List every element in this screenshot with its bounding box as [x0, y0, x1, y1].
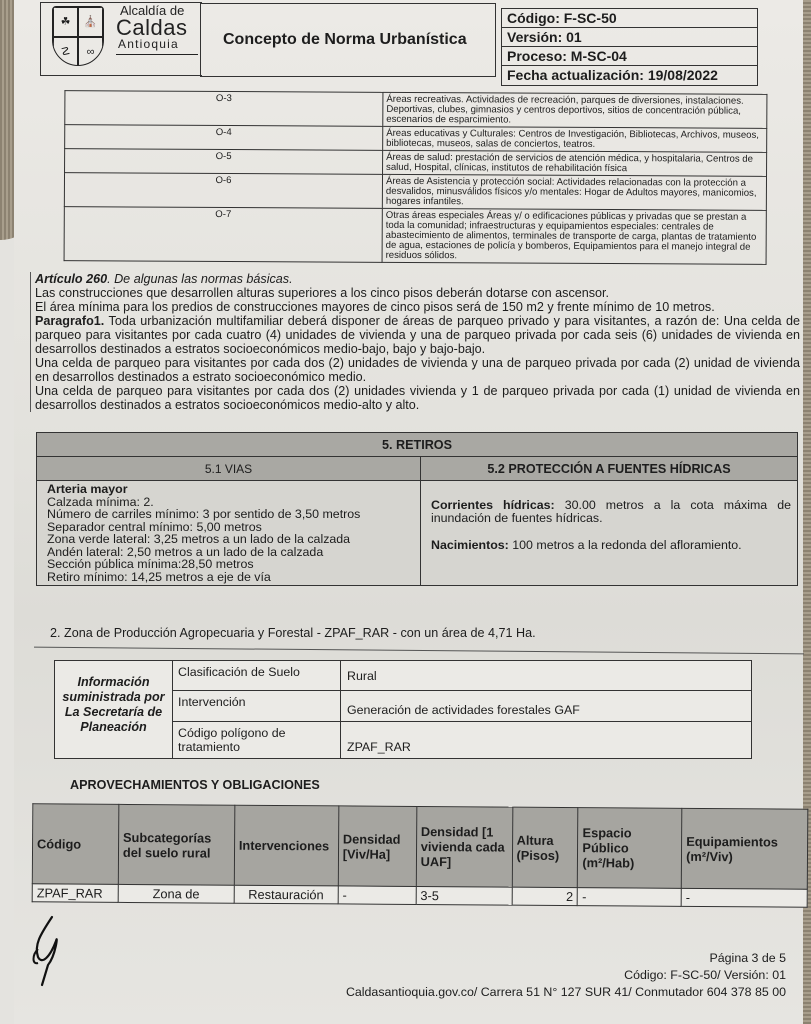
- nacimientos-text: Nacimientos: 100 metros a la redonda del…: [431, 539, 791, 552]
- shield-quadrant-icon: ☘: [53, 7, 78, 37]
- document-title: Concepto de Norma Urbanística: [223, 31, 467, 49]
- table-cell: -: [578, 888, 682, 907]
- use-description: Áreas recreativas. Actividades de recrea…: [383, 92, 767, 128]
- nacimientos-label: Nacimientos:: [431, 538, 509, 552]
- document-meta-box: Código: F-SC-50 Versión: 01 Proceso: M-S…: [501, 8, 758, 86]
- corrientes-text: Corrientes hídricas: 30.00 metros a la c…: [431, 499, 791, 525]
- zone-title: 2. Zona de Producción Agropecuaria y For…: [50, 626, 536, 640]
- table-cell: 2: [512, 887, 578, 905]
- uses-table: O-3 Áreas recreativas. Actividades de re…: [64, 90, 768, 265]
- retiros-title: 5. RETIROS: [37, 433, 798, 457]
- article-subtitle: . De algunas las normas básicas.: [107, 272, 293, 286]
- paragraph-label: Paragrafo1.: [35, 314, 104, 328]
- article-paragraph: Una celda de parqueo para visitantes por…: [35, 384, 800, 412]
- meta-process: Proceso: M-SC-04: [502, 47, 757, 66]
- column-header: Intervenciones: [234, 805, 339, 886]
- info-value: Generación de actividades forestales GAF: [341, 691, 752, 722]
- aprovechamientos-title: APROVECHAMIENTOS Y OBLIGACIONES: [70, 778, 320, 792]
- vias-cell: Arteria mayor Calzada mínima: 2.Número d…: [37, 481, 421, 586]
- table-row: O-3 Áreas recreativas. Actividades de re…: [65, 91, 767, 129]
- water-protection-cell: Corrientes hídricas: 30.00 metros a la c…: [421, 481, 798, 586]
- vias-line: Zona verde lateral: 3,25 metros a un lad…: [47, 533, 410, 546]
- article-260: Artículo 260. De algunas las normas bási…: [30, 272, 800, 412]
- corrientes-label: Corrientes hídricas:: [431, 498, 555, 512]
- signature-icon: [20, 905, 90, 995]
- article-paragraph: Paragrafo1. Toda urbanización multifamil…: [35, 314, 800, 356]
- use-description: Otras áreas especiales Áreas y/ o edific…: [382, 208, 766, 264]
- table-row: O-5 Áreas de salud: prestación de servic…: [65, 149, 767, 177]
- shield-quadrant-icon: ⛪: [78, 7, 103, 37]
- meta-update-date: Fecha actualización: 19/08/2022: [502, 66, 757, 85]
- info-key: Clasificación de Suelo: [173, 661, 341, 691]
- column-header: Código: [32, 804, 118, 885]
- paragraph-text: Toda urbanización multifamiliar deberá d…: [35, 314, 800, 356]
- footer-code: Código: F-SC-50/ Versión: 01: [346, 967, 786, 984]
- coat-of-arms-icon: ☘ ⛪ ☡ ∞: [52, 6, 104, 66]
- meta-code: Código: F-SC-50: [502, 9, 757, 28]
- info-source-label: Información suministrada por La Secretar…: [55, 661, 173, 759]
- aprovechamientos-table: CódigoSubcategorías del suelo ruralInter…: [32, 803, 809, 907]
- table-cell: ZPAF_RAR: [32, 884, 118, 903]
- footer-contact: Caldasantioquia.gov.co/ Carrera 51 N° 12…: [346, 984, 786, 1001]
- vias-line: Sección pública mínima:28,50 metros: [47, 558, 410, 571]
- use-code: O-6: [64, 173, 382, 209]
- planning-info-table: Información suministrada por La Secretar…: [54, 660, 752, 759]
- use-description: Áreas de salud: prestación de servicios …: [383, 150, 767, 176]
- vias-title: Arteria mayor: [47, 483, 410, 496]
- table-cell: 3-5: [416, 886, 512, 905]
- column-header: Subcategorías del suelo rural: [118, 804, 234, 885]
- table-cell: -: [681, 888, 807, 907]
- logo-line-2: Caldas: [116, 18, 198, 38]
- page-footer: Página 3 de 5 Código: F-SC-50/ Versión: …: [346, 950, 786, 1001]
- header-title-cell: Concepto de Norma Urbanística: [200, 3, 496, 77]
- article-paragraph: Las construcciones que desarrollen altur…: [35, 286, 800, 300]
- use-code: O-4: [65, 125, 383, 151]
- article-title: Artículo 260: [35, 272, 107, 286]
- table-cell: Restauración: [234, 885, 338, 904]
- water-protection-header: 5.2 PROTECCIÓN A FUENTES HÍDRICAS: [421, 457, 798, 481]
- article-paragraph: Una celda de parqueo para visitantes por…: [35, 356, 800, 384]
- table-row: O-7 Otras áreas especiales Áreas y/ o ed…: [64, 207, 766, 265]
- use-description: Áreas de Asistencia y protección social:…: [382, 174, 766, 210]
- article-paragraph: El área mínima para los predios de const…: [35, 300, 800, 314]
- column-header: Equipamientos (m²/Viv): [681, 808, 807, 889]
- municipality-logo-text: Alcaldía de Caldas Antioquia: [116, 4, 198, 55]
- vias-line: Número de carriles mínimo: 3 por sentido…: [47, 508, 410, 521]
- table-row: O-4 Áreas educativas y Culturales: Centr…: [65, 125, 767, 153]
- table-cell: Zona de: [118, 884, 234, 903]
- table-row: O-6 Áreas de Asistencia y protección soc…: [64, 173, 766, 211]
- column-header: Densidad [Viv/Ha]: [338, 806, 416, 887]
- info-value: ZPAF_RAR: [341, 722, 752, 759]
- article-heading: Artículo 260. De algunas las normas bási…: [35, 272, 800, 286]
- vias-line: Retiro mínimo: 14,25 metros a eje de vía: [47, 571, 410, 584]
- retiros-table: 5. RETIROS 5.1 VIAS 5.2 PROTECCIÓN A FUE…: [36, 432, 798, 586]
- meta-version: Versión: 01: [502, 28, 757, 47]
- vias-lines: Calzada mínima: 2.Número de carriles mín…: [47, 496, 410, 584]
- use-code: O-5: [65, 149, 383, 175]
- logo-line-3: Antioquia: [116, 38, 198, 55]
- nacimientos-value: 100 metros a la redonda del afloramiento…: [509, 538, 742, 552]
- use-code: O-7: [64, 207, 382, 263]
- table-cell: -: [338, 886, 416, 905]
- use-code: O-3: [65, 91, 383, 127]
- info-key: Código polígono de tratamiento: [173, 722, 341, 759]
- use-description: Áreas educativas y Culturales: Centros d…: [383, 126, 767, 152]
- column-header: Altura (Pisos): [512, 807, 578, 887]
- info-key: Intervención: [173, 691, 341, 722]
- vias-header: 5.1 VIAS: [37, 457, 421, 481]
- column-header: Densidad [1 vivienda cada UAF]: [416, 806, 512, 887]
- page-number: Página 3 de 5: [346, 950, 786, 967]
- column-header: Espacio Público (m²/Hab): [578, 808, 682, 889]
- info-value: Rural: [341, 661, 752, 691]
